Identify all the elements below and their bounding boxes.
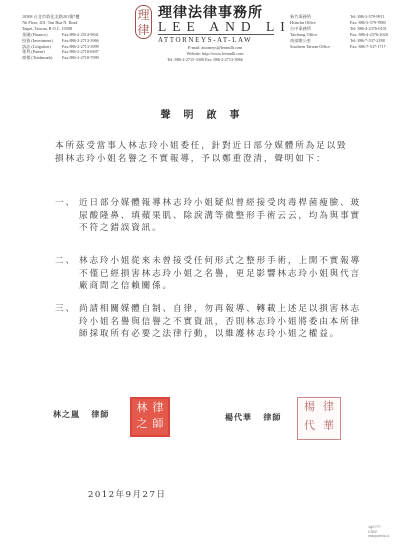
item-text: 尚請相關媒體自制、自律，勿再報導、轉載上述足以損害林志玲小姐名譽與信譽之不實資訊… [79,303,362,341]
signatory-title: 律師 [91,409,109,419]
statement-item-3: 三、 尚請相關媒體自制、自律，勿再報導、轉載上述足以損害林志玲小姐名譽與信譽之不… [55,303,365,341]
firm-seal-logo-icon: 理律 [135,5,152,39]
fax-value: Fax:886-2-2718-7099 [62,55,99,61]
statement-item-2: 二、 林志玲小姐從來未曾接受任何形式之整形手術，上開不實報導不僅已經損害林志玲小… [55,255,365,293]
fax-label: 商標 (Trademark) [22,55,62,61]
firm-subtitle: ATTORNEYS-AT-LAW [158,36,252,44]
footer-line: macyoevlu-s [368,534,389,539]
firm-website: Website: http://www.leeandli.com [150,51,280,57]
signatory-name: 林之嵐 [53,409,80,419]
firm-name-english: LEE AND LI [158,19,291,35]
item-number: 二、 [55,255,79,293]
document-date: 2012年9月27日 [88,488,166,500]
stamp-char: 代 [300,419,319,438]
item-text: 近日部分媒體報導林志玲小姐疑似曾經接受肉毒桿菌瘦臉、玻尿酸隆鼻、填蘋果肌、除淚溝… [79,197,362,235]
stamp-char: 林 [134,401,150,417]
firm-contact: E-mail: attorneys@leeandli.com Website: … [150,45,280,57]
stamp-char: 律 [319,400,338,419]
stamp-char: 華 [319,419,338,438]
item-number: 一、 [55,197,79,235]
stamp-char: 之 [134,417,150,433]
item-text: 林志玲小姐從來未曾接受任何形式之整形手術，上開不實報導不僅已經損害林志玲小姐之名… [79,255,362,293]
letterhead-left-address: 10508 台北市敦化北路201號7樓 7th Floor, 201, Tun … [22,14,99,61]
office-phone: Fax: 886-7-537-1717 [350,44,386,50]
intro-paragraph: 本所茲受當事人林志玲小姐委任，針對近日部分媒體所為足以毀損林志玲小姐名譽之不實報… [55,140,355,165]
stamp-char: 律 [150,401,166,417]
logo-divider [158,34,274,35]
office-label: Southern Taiwan Office [290,44,350,50]
firm-tel-fax: Tel: 886-2-2715-3300 Fax: 886-2-2713-396… [125,57,285,63]
seal-stamp-icon: 楊 律 代 華 [297,397,341,440]
footer-code: 1g0??? CSW macyoevlu-s [368,525,389,539]
statement-item-1: 一、 近日部分媒體報導林志玲小姐疑似曾經接受肉毒桿菌瘦臉、玻尿酸隆鼻、填蘋果肌、… [55,197,365,235]
signatory-1: 林之嵐 律師 [53,409,109,420]
document-title: 聲明啟事 [0,106,400,121]
signatory-2: 楊代華 律師 [225,412,281,423]
stamp-char: 師 [150,417,166,433]
seal-stamp-icon: 林 律 之 師 [130,397,170,437]
letterhead-right-offices: 新竹事務所Tel: 886-3-579-9911 Hsinchu OfficeF… [290,14,388,49]
signatory-name: 楊代華 [225,412,252,422]
item-number: 三、 [55,303,79,341]
signatory-title: 律師 [263,412,281,422]
stamp-char: 楊 [300,400,319,419]
